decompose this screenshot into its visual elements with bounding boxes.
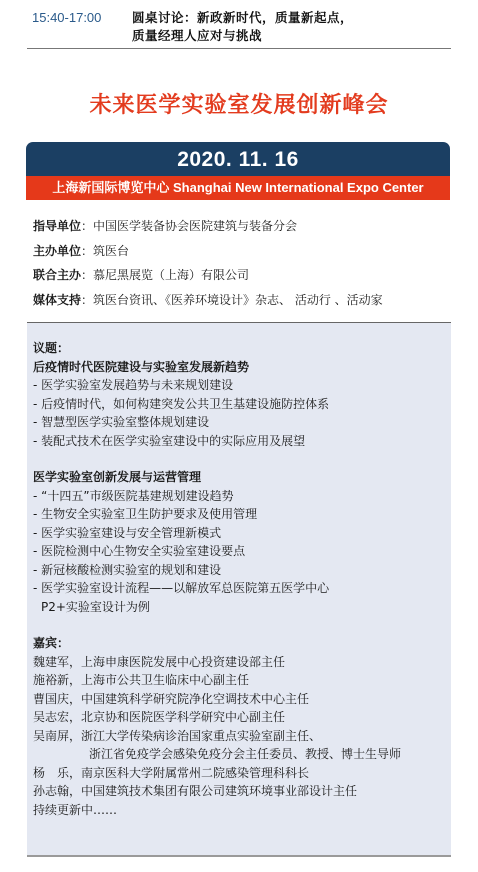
organizer-label: 媒体支持 (33, 293, 81, 307)
topic-item: - “十四五”市级医院基建规划建设趋势 (33, 487, 445, 506)
organizer-row-host: 主办单位：筑医台 (33, 239, 453, 264)
topic-section-title: 医学实验室创新发展与运营管理 (33, 468, 445, 487)
info-box: 议题： 后疫情时代医院建设与实验室发展新趋势 - 医学实验室发展趋势与未来规划建… (27, 322, 451, 857)
organizer-value: ：慕尼黑展览（上海）有限公司 (81, 268, 249, 282)
topic-item: - 医学实验室建设与安全管理新模式 (33, 524, 445, 543)
guests-footer: 持续更新中…… (33, 801, 445, 820)
organizer-value: ：中国医学装备协会医院建筑与装备分会 (81, 219, 297, 233)
organizer-label: 联合主办 (33, 268, 81, 282)
info-content: 议题： 后疫情时代医院建设与实验室发展新趋势 - 医学实验室发展趋势与未来规划建… (33, 339, 445, 819)
organizer-row-cohost: 联合主办：慕尼黑展览（上海）有限公司 (33, 263, 453, 288)
spacer (33, 616, 445, 634)
event-banner: 2020. 11. 16 上海新国际博览中心 Shanghai New Inte… (26, 142, 450, 200)
organizer-list: 指导单位：中国医学装备协会医院建筑与装备分会 主办单位：筑医台 联合主办：慕尼黑… (33, 214, 453, 312)
topic-item-continuation: P2+实验室设计为例 (33, 598, 445, 617)
topic-item: - 新冠核酸检测实验室的规划和建设 (33, 561, 445, 580)
organizer-value: ：筑医台 (81, 244, 129, 258)
guest-item: 曹国庆，中国建筑科学研究院净化空调技术中心主任 (33, 690, 445, 709)
guest-item: 孙志翰，中国建筑技术集团有限公司建筑环境事业部设计主任 (33, 782, 445, 801)
event-title: 未来医学实验室发展创新峰会 (0, 88, 478, 119)
topic-item: - 生物安全实验室卫生防护要求及使用管理 (33, 505, 445, 524)
agenda-title-line-1: 圆桌讨论：新政新时代，质量新起点， (132, 9, 353, 27)
topic-item: - 装配式技术在医学实验室建设中的实际应用及展望 (33, 432, 445, 451)
guest-item-continuation: 浙江省免疫学会感染免疫分会主任委员、教授、博士生导师 (33, 745, 445, 764)
topic-item: - 医学实验室发展趋势与未来规划建设 (33, 376, 445, 395)
guest-item: 施裕新，上海市公共卫生临床中心副主任 (33, 671, 445, 690)
divider (27, 48, 451, 49)
guest-item: 吴志宏，北京协和医院医学科学研究中心副主任 (33, 708, 445, 727)
guest-item: 杨 乐，南京医科大学附属常州二院感染管理科科长 (33, 764, 445, 783)
spacer (33, 450, 445, 468)
guests-heading: 嘉宾： (33, 634, 445, 653)
organizer-row-media: 媒体支持：筑医台资讯、《医养环境设计》杂志、 活动行 、活动家 (33, 288, 453, 313)
topic-item: - 医院检测中心生物安全实验室建设要点 (33, 542, 445, 561)
organizer-label: 指导单位 (33, 219, 81, 233)
guest-item: 魏建军，上海申康医院发展中心投资建设部主任 (33, 653, 445, 672)
agenda-time: 15:40-17:00 (32, 10, 101, 25)
topic-section-title: 后疫情时代医院建设与实验室发展新趋势 (33, 358, 445, 377)
topic-item: - 医学实验室设计流程——以解放军总医院第五医学中心 (33, 579, 445, 598)
organizer-value: ：筑医台资讯、《医养环境设计》杂志、 活动行 、活动家 (81, 293, 383, 307)
organizer-label: 主办单位 (33, 244, 81, 258)
topic-item: - 智慧型医学实验室整体规划建设 (33, 413, 445, 432)
topic-item: - 后疫情时代，如何构建突发公共卫生基建设施防控体系 (33, 395, 445, 414)
guest-item: 吴南屏，浙江大学传染病诊治国家重点实验室副主任、 (33, 727, 445, 746)
agenda-title: 圆桌讨论：新政新时代，质量新起点， 质量经理人应对与挑战 (132, 9, 353, 45)
event-date: 2020. 11. 16 (26, 142, 450, 176)
agenda-title-line-2: 质量经理人应对与挑战 (132, 27, 353, 45)
organizer-row-guidance: 指导单位：中国医学装备协会医院建筑与装备分会 (33, 214, 453, 239)
event-venue: 上海新国际博览中心 Shanghai New International Exp… (26, 176, 450, 200)
topics-heading: 议题： (33, 339, 445, 358)
agenda-row: 15:40-17:00 圆桌讨论：新政新时代，质量新起点， 质量经理人应对与挑战 (32, 8, 452, 44)
